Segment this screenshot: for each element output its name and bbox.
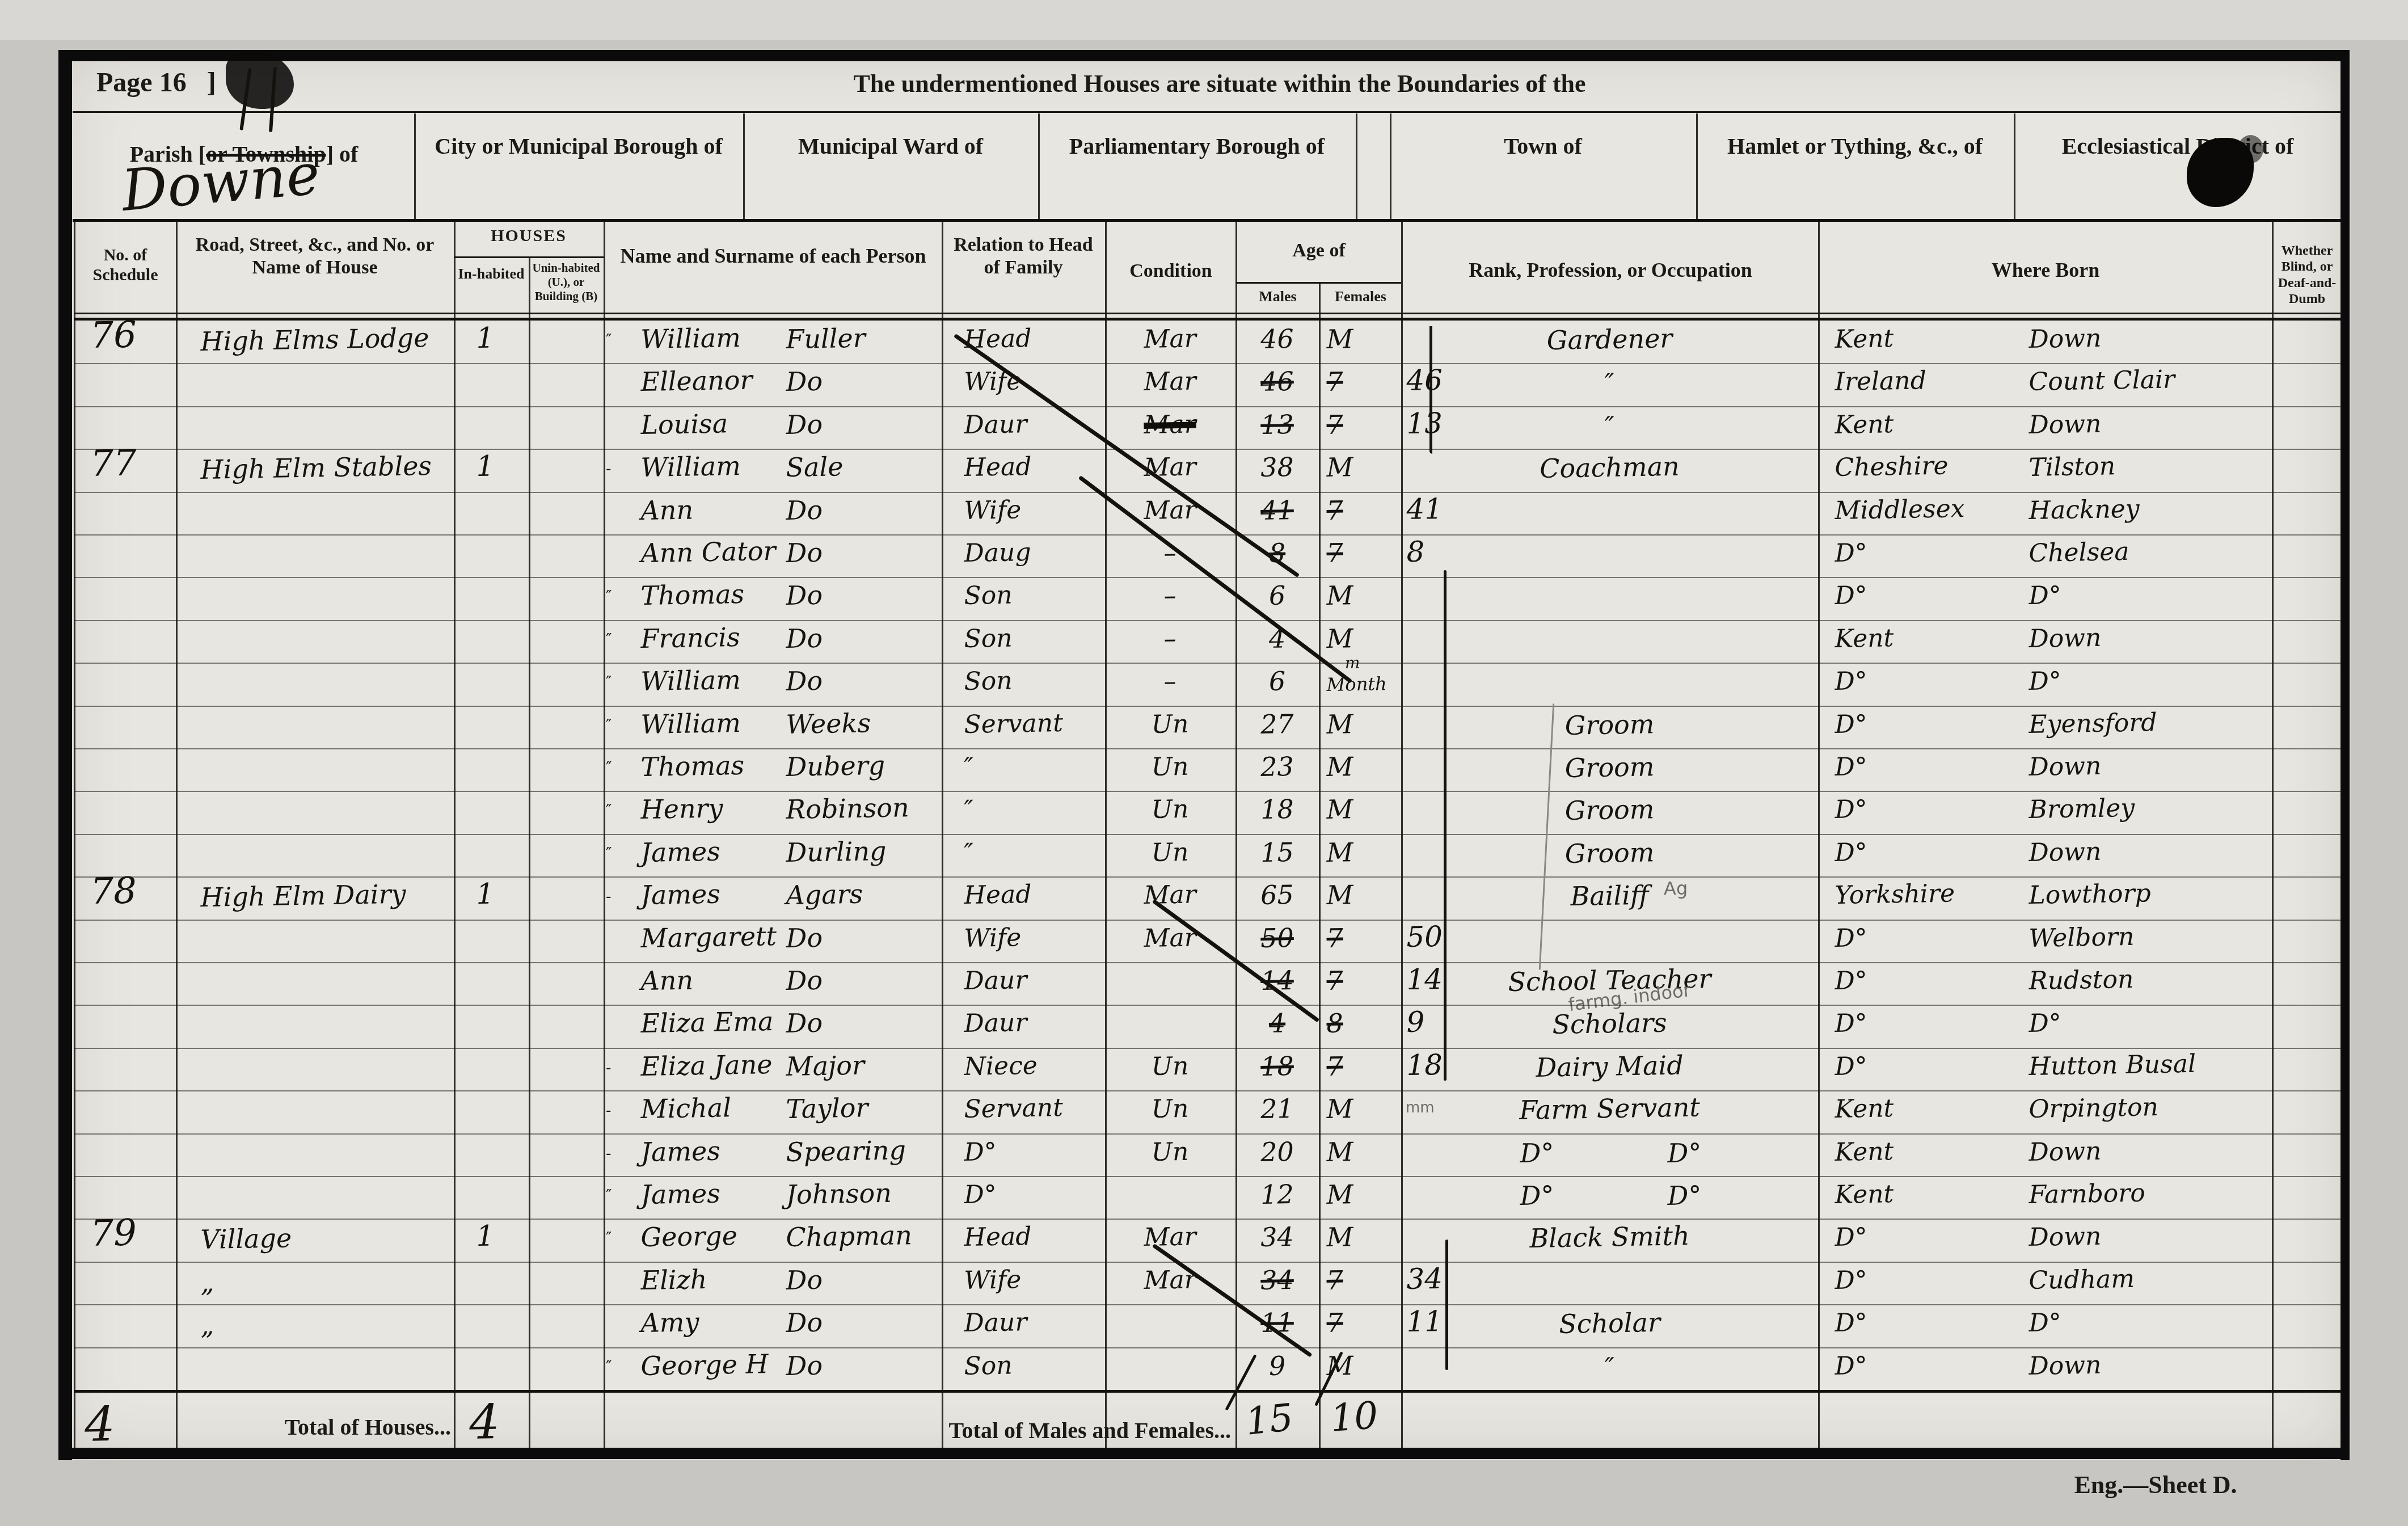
age-males-cell: 18 (1235, 1048, 1319, 1090)
name-text: - (606, 1101, 611, 1119)
grid-line (1390, 113, 1391, 220)
inhabited-cell: 1 (454, 1219, 529, 1261)
name-text: ″ (606, 844, 612, 863)
where-born-cell: KentOrpington (1818, 1090, 2272, 1133)
relation-cell: Servant (942, 1090, 1105, 1133)
name-cell: ElizhDo (604, 1262, 942, 1304)
age-females-cell: M (1319, 1347, 1401, 1390)
grid-line (74, 920, 2342, 921)
uninhabited-cell (529, 1262, 604, 1304)
location-box-6: Ecclesiastical District of (2014, 113, 2342, 220)
age-females-text: M (1326, 1093, 1353, 1124)
address-cell (176, 1176, 454, 1219)
age-males-cell: 34 (1235, 1219, 1319, 1261)
grid-line (1235, 282, 1401, 284)
age-females-cell: 7 (1319, 1048, 1401, 1090)
age-females-text: M (1326, 709, 1353, 740)
condition-cell: Mar (1105, 920, 1235, 962)
schedule-cell (74, 363, 176, 406)
grid-line (414, 113, 416, 220)
inhabited-cell: 1 (454, 321, 529, 363)
inhabited-cell: 1 (454, 876, 529, 919)
table-row: ″ThomasDoSon–6MD°D° (74, 577, 2342, 619)
grid-line (74, 1005, 2342, 1006)
occupation-text: 9 (1406, 1006, 1425, 1039)
inhabited-cell (454, 663, 529, 705)
relation-text: Servant (964, 1093, 1063, 1124)
age-females-text: 7 (1326, 495, 1343, 526)
relation-text: ″ (964, 753, 973, 782)
age-females-cell: M (1319, 1090, 1401, 1133)
where-born-text: D° (1835, 795, 1867, 824)
age-males-cell: 6 (1235, 577, 1319, 619)
name-text: - (606, 1144, 611, 1162)
location-box-label: Town of (1395, 133, 1690, 159)
relation-text: Daur (964, 410, 1027, 440)
address-cell (176, 663, 454, 705)
age-females-text: 7 (1326, 409, 1343, 440)
address-cell: „ (176, 1262, 454, 1304)
age-females-cell: 7 (1319, 492, 1401, 534)
col-header-age: Age of (1237, 239, 1401, 262)
occupation-cell: 13″ (1401, 406, 1818, 449)
where-born-text: Orpington (2029, 1093, 2158, 1124)
name-text: ″ (606, 331, 612, 349)
where-born-text: D° (1835, 710, 1867, 739)
infirmity-cell (2272, 321, 2342, 363)
grid-line (74, 663, 2342, 664)
name-text: Robinson (786, 792, 909, 825)
relation-cell: Head (942, 449, 1105, 491)
where-born-text: Yorkshire (1835, 879, 1955, 910)
where-born-text: Hutton Busal (2029, 1049, 2196, 1081)
occupation-cell: 34 (1401, 1262, 1818, 1304)
condition-text: Mar (1144, 367, 1196, 397)
occupation-text: ″ (1604, 368, 1614, 398)
condition-cell (1105, 1347, 1235, 1390)
where-born-cell: D°Welborn (1818, 920, 2272, 962)
where-born-cell: D°Hutton Busal (1818, 1048, 2272, 1090)
age-males-cell: 65 (1235, 876, 1319, 919)
table-row: -JamesSpearingD°Un20MD°D°KentDown (74, 1133, 2342, 1176)
occupation-text: ″ (1604, 411, 1614, 441)
name-text: Amy (640, 1306, 699, 1338)
name-cell: -MichalTaylor (604, 1090, 942, 1133)
grid-line (1356, 113, 1357, 220)
age-females-cell: 8 (1319, 1005, 1401, 1047)
where-born-cell: MiddlesexHackney (1818, 492, 2272, 534)
where-born-cell: D°D° (1818, 1304, 2272, 1347)
infirmity-cell (2272, 1176, 2342, 1219)
infirmity-cell (2272, 962, 2342, 1005)
border-bottom (58, 1448, 2350, 1459)
name-text: Thomas (640, 750, 745, 782)
condition-text: Un (1151, 709, 1188, 739)
name-cell: AnnDo (604, 962, 942, 1005)
where-born-text: Middlesex (1835, 494, 1965, 525)
occupation-cell: 9Scholarsfarmg. indoor (1401, 1005, 1818, 1047)
location-box-4: Town of (1390, 113, 1696, 220)
occupation-text: 11 (1406, 1305, 1443, 1338)
relation-cell: Head (942, 1219, 1105, 1261)
name-text: Chapman (786, 1220, 912, 1253)
occupation-text: Black Smith (1529, 1220, 1689, 1254)
infirmity-cell (2272, 791, 2342, 833)
name-text: George (640, 1220, 737, 1253)
total-males-value: 15 (1243, 1396, 1296, 1444)
relation-text: ″ (964, 838, 973, 867)
name-text: - (606, 887, 611, 905)
address-cell: High Elm Dairy (176, 876, 454, 919)
condition-cell (1105, 962, 1235, 1005)
age-females-text: M (1326, 879, 1353, 910)
table-row: -MichalTaylorServantUn21MFarm ServantmmK… (74, 1090, 2342, 1133)
age-males-cell: 15 (1235, 834, 1319, 876)
where-born-text: D° (1835, 924, 1867, 953)
condition-cell: Mar (1105, 1262, 1235, 1304)
name-text: ″ (606, 587, 612, 606)
age-males-cell: 13 (1235, 406, 1319, 449)
where-born-cell: D°D° (1818, 663, 2272, 705)
where-born-cell: D°D° (1818, 577, 2272, 619)
relation-cell: Daur (942, 1005, 1105, 1047)
grid-line (74, 834, 2342, 835)
age-males-cell: 12 (1235, 1176, 1319, 1219)
where-born-text: Rudston (2029, 965, 2134, 996)
table-row: ″JamesJohnsonD°12MD°D°KentFarnboro (74, 1176, 2342, 1219)
total-houses-label: Total of Houses... (238, 1414, 451, 1440)
age-females-text: M (1326, 1222, 1353, 1253)
household-bracket (1429, 326, 1432, 454)
where-born-cell: KentDown (1818, 1133, 2272, 1176)
relation-text: Daur (964, 1308, 1027, 1338)
occupation-cell (1401, 663, 1818, 705)
age-males-text: 65 (1260, 879, 1293, 910)
age-females-cell: 7 (1319, 1262, 1401, 1304)
relation-text: Niece (964, 1051, 1038, 1081)
age-females-text: 7 (1326, 1308, 1343, 1339)
condition-cell: – (1105, 534, 1235, 577)
relation-text: Wife (964, 1265, 1022, 1295)
infirmity-cell (2272, 1005, 2342, 1047)
address-text: „ (200, 1310, 214, 1340)
household-bracket (1445, 1240, 1448, 1370)
age-males-text: 21 (1260, 1093, 1293, 1124)
uninhabited-cell (529, 706, 604, 748)
name-text: ″ (606, 758, 612, 777)
name-text: Do (786, 580, 823, 611)
age-females-cell: 7 (1319, 1304, 1401, 1347)
total-females-value: 10 (1329, 1393, 1380, 1440)
infirmity-cell (2272, 620, 2342, 663)
condition-cell: Un (1105, 748, 1235, 791)
age-females-cell: 7 (1319, 363, 1401, 406)
name-cell: ″GeorgeChapman (604, 1219, 942, 1261)
col-header-schedule: No. of Schedule (77, 245, 174, 285)
grid-line (73, 219, 2342, 222)
age-females-text: M (1326, 1136, 1353, 1167)
infirmity-cell (2272, 834, 2342, 876)
location-box-label-part: or Township (206, 141, 326, 167)
uninhabited-cell (529, 962, 604, 1005)
page-heading: The undermentioned Houses are situate wi… (454, 69, 1985, 99)
condition-cell: Un (1105, 791, 1235, 833)
occupation-text: Farm Servant (1519, 1092, 1700, 1126)
name-cell: Eliza EmaDo (604, 1005, 942, 1047)
name-text: ″ (606, 1229, 612, 1247)
grid-line (1319, 284, 1321, 1448)
infirmity-cell (2272, 406, 2342, 449)
schedule-cell: 76 (74, 321, 176, 363)
infirmity-cell (2272, 363, 2342, 406)
name-cell: ″FrancisDo (604, 620, 942, 663)
uninhabited-cell (529, 1090, 604, 1133)
condition-cell: Un (1105, 1048, 1235, 1090)
relation-text: Daur (964, 1008, 1027, 1038)
location-box-label: Municipal Ward of (749, 133, 1032, 159)
age-males-text: 50 (1260, 922, 1293, 954)
name-cell: Ann CatorDo (604, 534, 942, 577)
age-females-text: 7 (1326, 922, 1343, 954)
col-header-name: Name and Surname of each Person (607, 244, 939, 268)
grid-line (74, 577, 2342, 578)
occupation-text: 8 (1406, 535, 1425, 568)
occupation-text: D° (1520, 1137, 1554, 1169)
location-box-label: Hamlet or Tything, &c., of (1702, 133, 2008, 159)
condition-cell (1105, 1176, 1235, 1219)
location-box-1: City or Municipal Borough of (414, 113, 743, 220)
where-born-cell: D°Eyensford (1818, 706, 2272, 748)
uninhabited-cell (529, 577, 604, 619)
relation-cell: D° (942, 1133, 1105, 1176)
where-born-cell: KentDown (1818, 620, 2272, 663)
where-born-text: Down (2029, 1136, 2102, 1166)
where-born-text: D° (2029, 581, 2061, 610)
where-born-cell: YorkshireLowthorp (1818, 876, 2272, 919)
inhabited-text: 1 (476, 450, 495, 483)
inhabited-text: 1 (476, 878, 495, 911)
infirmity-cell (2272, 663, 2342, 705)
inhabited-text: 1 (476, 1220, 495, 1253)
schedule-cell (74, 748, 176, 791)
where-born-cell: D°Cudham (1818, 1262, 2272, 1304)
inhabited-cell (454, 406, 529, 449)
where-born-text: D° (1835, 1308, 1867, 1338)
where-born-text: Down (2029, 623, 2102, 654)
occupation-cell: Groom (1401, 791, 1818, 833)
infirmity-cell (2272, 876, 2342, 919)
occupation-cell: 46″ (1401, 363, 1818, 406)
uninhabited-cell (529, 1304, 604, 1347)
where-born-cell: KentDown (1818, 406, 2272, 449)
where-born-text: Count Clair (2029, 365, 2175, 397)
uninhabited-cell (529, 534, 604, 577)
location-box-0: DowneParish [or Township] of (74, 113, 414, 220)
where-born-text: D° (1835, 538, 1867, 568)
address-cell (176, 620, 454, 663)
address-text: „ (200, 1267, 214, 1297)
where-born-text: D° (1835, 1351, 1867, 1381)
schedule-cell (74, 1133, 176, 1176)
occupation-cell: D°D° (1401, 1176, 1818, 1219)
name-text: Eliza Ema (640, 1006, 774, 1039)
name-text: Ann Cator (640, 536, 776, 568)
occupation-text: 41 (1406, 492, 1443, 525)
inhabited-cell (454, 1005, 529, 1047)
occupation-text: Groom (1564, 794, 1655, 827)
table-row: ″WilliamWeeksServantUn27MGroomD°Eyensfor… (74, 706, 2342, 748)
age-males-cell: 21 (1235, 1090, 1319, 1133)
table-row: 77High Elm Stables1-WilliamSaleHeadMar38… (74, 449, 2342, 491)
occupation-text: Coachman (1539, 451, 1679, 484)
age-males-cell: 38 (1235, 449, 1319, 491)
name-cell: AnnDo (604, 492, 942, 534)
where-born-text: D° (1835, 1009, 1867, 1038)
relation-cell: D° (942, 1176, 1105, 1219)
name-cell: AmyDo (604, 1304, 942, 1347)
condition-text: Mar (1144, 324, 1196, 354)
name-text: Ann (640, 494, 693, 526)
table-row: ″George HDoSon9M″D°Down (74, 1347, 2342, 1390)
where-born-text: Tilston (2029, 452, 2115, 483)
name-cell: -Eliza JaneMajor (604, 1048, 942, 1090)
where-born-text: Kent (1835, 1137, 1894, 1167)
condition-text: – (1163, 667, 1176, 696)
inhabited-cell (454, 791, 529, 833)
relation-text: D° (964, 1137, 997, 1167)
relation-cell: Daur (942, 406, 1105, 449)
age-males-cell: 27 (1235, 706, 1319, 748)
occupation-cell: 18Dairy Maid (1401, 1048, 1818, 1090)
occupation-cell: 8 (1401, 534, 1818, 577)
where-born-text: D° (1835, 1052, 1867, 1081)
schedule-cell (74, 492, 176, 534)
table-row: 76High Elms Lodge1″WilliamFullerHeadMar4… (74, 321, 2342, 363)
inhabited-cell (454, 620, 529, 663)
name-text: ″ (606, 716, 612, 735)
where-born-text: D° (2029, 1009, 2061, 1038)
table-row: AnnDoDaur14714School TeacherD°Rudston (74, 962, 2342, 1005)
address-cell: High Elms Lodge (176, 321, 454, 363)
name-text: James (640, 1178, 720, 1210)
name-cell: ″WilliamFuller (604, 321, 942, 363)
age-females-cell: M (1319, 321, 1401, 363)
relation-cell: Servant (942, 706, 1105, 748)
where-born-cell: D°Down (1818, 748, 2272, 791)
name-text: Do (786, 623, 823, 654)
relation-text: Servant (964, 709, 1063, 739)
name-text: Durling (786, 836, 887, 868)
grid-line (74, 791, 2342, 792)
relation-text: Daug (964, 538, 1031, 568)
relation-cell: Wife (942, 1262, 1105, 1304)
name-text: ″ (606, 801, 612, 820)
where-born-text: D° (2029, 667, 2061, 696)
schedule-cell (74, 1262, 176, 1304)
uninhabited-cell (529, 1219, 604, 1261)
age-males-cell: 50 (1235, 920, 1319, 962)
schedule-cell (74, 706, 176, 748)
relation-cell: ″ (942, 834, 1105, 876)
condition-cell (1105, 1005, 1235, 1047)
where-born-text: Farnboro (2029, 1178, 2145, 1209)
age-females-text: Month (1326, 673, 1387, 695)
inhabited-cell (454, 834, 529, 876)
relation-text: Son (964, 667, 1013, 696)
location-box-label-part: Parish [ (130, 141, 206, 167)
name-text: William (640, 707, 741, 740)
infirmity-cell (2272, 534, 2342, 577)
where-born-cell: D°Down (1818, 834, 2272, 876)
where-born-text: D° (1835, 1266, 1867, 1295)
grid-line (529, 258, 530, 1448)
age-females-text: 8 (1326, 1008, 1343, 1039)
where-born-cell: D°D° (1818, 1005, 2272, 1047)
where-born-text: Chelsea (2029, 537, 2129, 568)
where-born-text: Down (2029, 752, 2102, 782)
age-males-text: 18 (1260, 794, 1293, 825)
occupation-text: ″ (1604, 1351, 1614, 1382)
name-text: Do (786, 965, 823, 996)
condition-text: – (1163, 624, 1176, 653)
table-row: LouisaDoDaurMar13713″KentDown (74, 406, 2342, 449)
address-text: High Elms Lodge (200, 322, 429, 357)
border-left (58, 50, 72, 1460)
household-bracket (1444, 570, 1447, 1081)
infirmity-cell (2272, 1133, 2342, 1176)
uninhabited-cell (529, 1176, 604, 1219)
name-cell: ″JamesJohnson (604, 1176, 942, 1219)
name-text: ″ (606, 1186, 612, 1205)
name-text: James (640, 1135, 720, 1167)
schedule-cell: 79 (74, 1219, 176, 1261)
condition-cell: Mar (1105, 321, 1235, 363)
relation-text: Head (964, 1222, 1032, 1252)
where-born-text: Down (2029, 324, 2102, 354)
grid-line (454, 256, 604, 258)
occupation-text: 14 (1406, 963, 1443, 996)
occupation-text: D° (1667, 1137, 1702, 1169)
table-row: „AmyDoDaur11711ScholarD°D° (74, 1304, 2342, 1347)
name-text: ″ (606, 673, 612, 692)
relation-cell: Son (942, 577, 1105, 619)
condition-text: Un (1151, 795, 1188, 824)
condition-text: Un (1151, 752, 1188, 782)
schedule-cell (74, 1048, 176, 1090)
uninhabited-cell (529, 1347, 604, 1390)
name-text: Do (786, 494, 823, 525)
name-text: Henry (640, 793, 723, 825)
infirmity-cell (2272, 1347, 2342, 1390)
address-text: High Elm Dairy (200, 879, 406, 913)
address-cell (176, 1090, 454, 1133)
where-born-text: Down (2029, 1222, 2102, 1252)
name-cell: ″JamesDurling (604, 834, 942, 876)
where-born-text: Cudham (2029, 1264, 2135, 1295)
age-females-text: M (1326, 794, 1353, 825)
infirmity-cell (2272, 492, 2342, 534)
schedule-cell (74, 534, 176, 577)
where-born-cell: D°Down (1818, 1347, 2272, 1390)
age-females-cell: M (1319, 1219, 1401, 1261)
where-born-text: Lowthorp (2029, 879, 2151, 910)
relation-cell: Head (942, 876, 1105, 919)
address-cell (176, 406, 454, 449)
col-header-relation: Relation to Head of Family (944, 234, 1102, 279)
uninhabited-cell (529, 834, 604, 876)
table-row: -Eliza JaneMajorNieceUn18718Dairy MaidD°… (74, 1048, 2342, 1090)
occupation-text: Dairy Maid (1535, 1049, 1683, 1083)
